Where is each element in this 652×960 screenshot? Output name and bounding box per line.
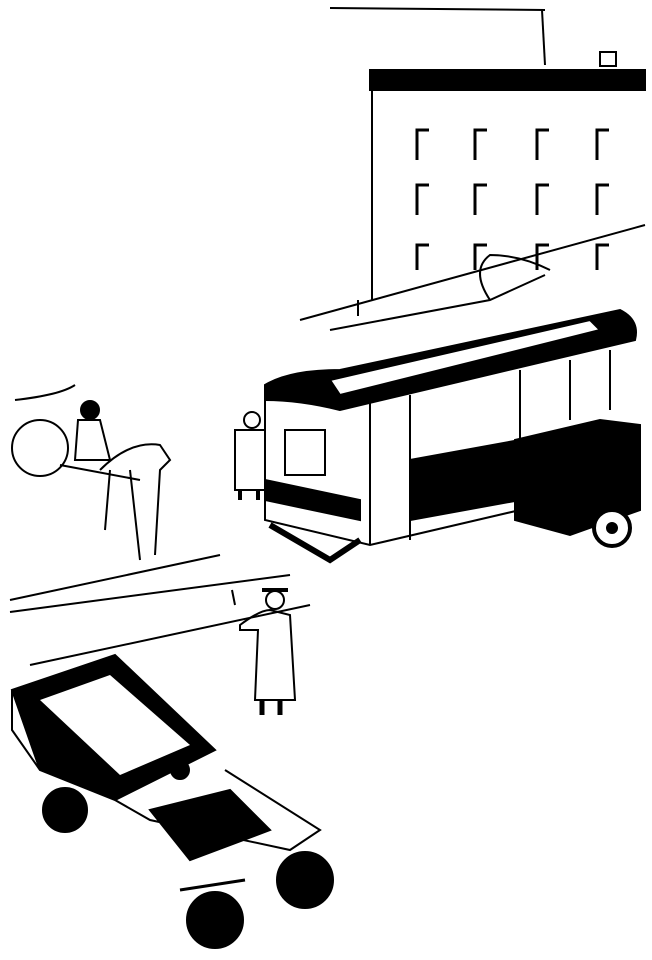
conductor bbox=[235, 412, 265, 500]
drawing: 3 bbox=[0, 0, 652, 960]
truck-right bbox=[515, 420, 640, 546]
horse-carriage bbox=[12, 385, 170, 560]
overhead-wire bbox=[330, 8, 545, 10]
street-scene-illustration: 3 bbox=[0, 0, 652, 960]
tram-number: 3 bbox=[290, 380, 301, 399]
policeman bbox=[232, 590, 295, 715]
truck-left bbox=[12, 655, 333, 948]
